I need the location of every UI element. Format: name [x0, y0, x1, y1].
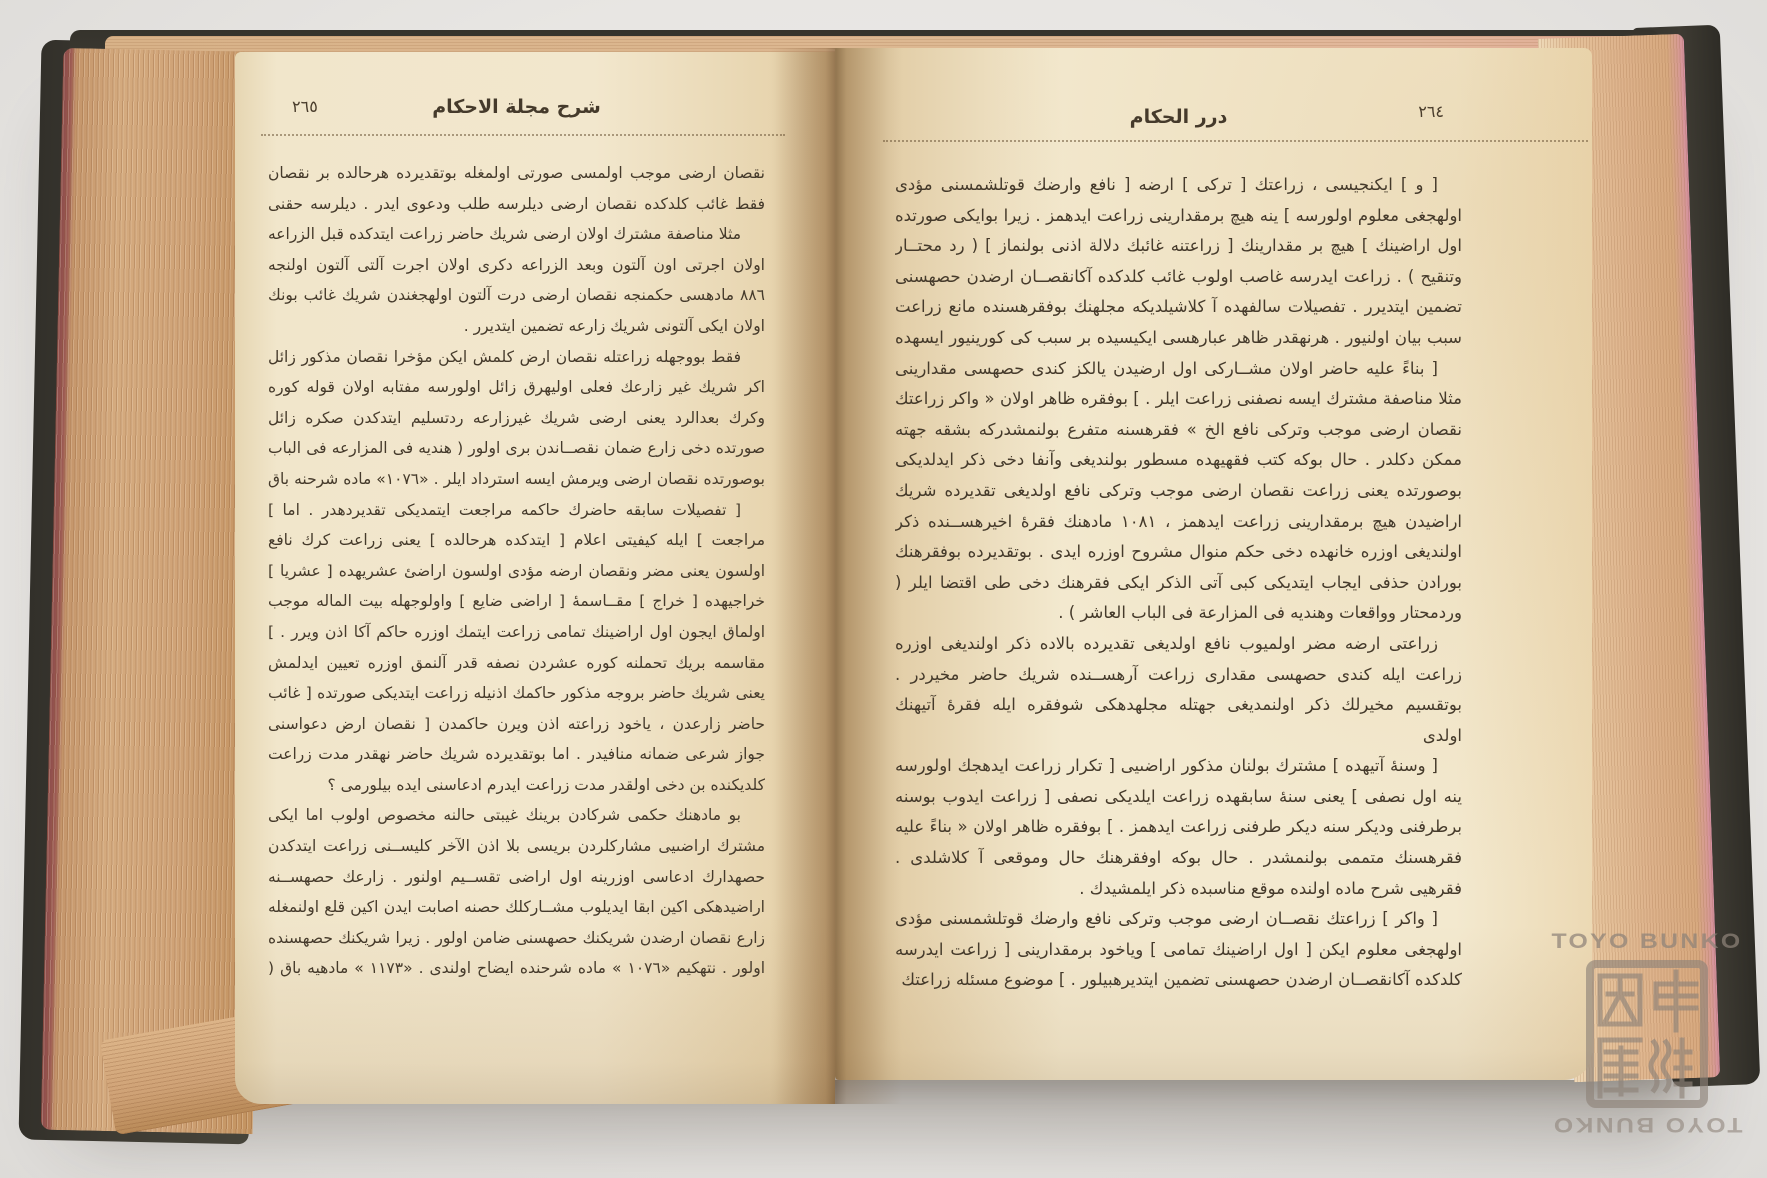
text-line: اول اراضينك ] هيچ بر مقدارينك [ زراعتنه … — [895, 231, 1462, 262]
text-line: ممكن دكلدر . حال بوكه كتب فقهيهده مسطور … — [895, 445, 1462, 476]
text-line: تضمين ايتديرر . تفصيلات سالفهده آ كلاشيل… — [895, 292, 1462, 323]
text-line: بوصورتده يعنى زراعت نقصان ارضى موجب وترك… — [895, 476, 1462, 507]
left-running-head: شرح مجلة الاحكام — [268, 96, 765, 118]
text-line: اولدى — [895, 721, 1462, 752]
watermark-bottom-text: TOYO BUNKO — [1523, 1112, 1767, 1136]
text-line: اراضيدهكى اكين ابقا ايديلوب مشــاركلك حص… — [268, 892, 765, 923]
text-line: مشترك اراضىيى مشاركلردن بريسى بلا اذن ال… — [268, 831, 765, 862]
text-line: زراعتى ارضه مضر اولميوب نافع اولديغى تقد… — [895, 629, 1462, 660]
text-line: زراعت ايله كندى حصهسى مقدارى زراعت آرهسـ… — [895, 660, 1462, 691]
text-line: ٨٨٦ مادهسى حكمنجه نقصان ارضى درت آلتون ا… — [268, 280, 765, 311]
text-line: مثلا مناصفة مشترك اولان ارضى شريك حاضر ز… — [268, 219, 765, 250]
text-line: [ وسنهٔ آتيهده ] مشترك بولنان مذكور اراض… — [895, 751, 1462, 782]
text-line: فقرهيى شرح ماده اولنده موقع مناسبده ذكر … — [895, 874, 1462, 905]
right-running-head: درر الحكام — [895, 106, 1462, 128]
text-line: بوتقسيم مخيرلك ذكر اولنمديغى جهتله مجلهد… — [895, 690, 1462, 721]
text-line: وتنقيح ) . زراعت ايدرسه غاصب اولوب غائب … — [895, 262, 1462, 293]
text-line: برطرفنى وديكر سنه ديكر طرفنى زراعت ايدهم… — [895, 812, 1462, 843]
text-line: مراجعت ] ايله كيفيتى اعلام [ ايتدكده هرح… — [268, 525, 765, 556]
left-page-header: ٢٦٥ شرح مجلة الاحكام — [268, 96, 765, 124]
text-line: اولان اجرتى اون آلتون وبعد الزراعه دكرى … — [268, 250, 765, 281]
text-line: وكرك بعدالرد يعنى ارضى شريك غيرزارعه ردت… — [268, 403, 765, 434]
text-line: فقرهسنك متممى بولنمشدر . حال بوكه اوفقره… — [895, 843, 1462, 874]
text-line: وردمحتار وواقعات وهنديه فى المزارعة فى ا… — [895, 598, 1462, 629]
text-line: حاضر زارعدن ، ياخود زراعته اذن ويرن حاكم… — [268, 709, 765, 740]
text-line: اولنديغى اوزره خانهده دخى حكم منوال مشرو… — [895, 537, 1462, 568]
text-line: اولهجغى معلوم اولورسه ] ينه هيچ برمقداري… — [895, 201, 1462, 232]
right-page-header: درر الحكام ٢٦٤ — [895, 106, 1462, 134]
text-line: مثلا مناصفة مشترك ايسه نصفنى زراعت ايلر … — [895, 384, 1462, 415]
left-header-rule — [261, 134, 785, 136]
text-line: نقصان ارضى موجب اولمسى صورتى اولمغله بوت… — [268, 158, 765, 189]
text-line: بورادن حذفى ايجاب ايتديكى كبى آتى الذكر … — [895, 568, 1462, 599]
text-line: اولور . نتهكيم «١٠٧٦ » ماده شرحنده ايضاح… — [268, 953, 765, 984]
left-page-text: نقصان ارضى موجب اولمسى صورتى اولمغله بوت… — [268, 158, 765, 984]
text-line: [ بناءً عليه حاضر اولان مشــاركى اول ارض… — [895, 354, 1462, 385]
text-line: بوصورتده نقصان ارضى ويرمش ايسه استرداد ا… — [268, 464, 765, 495]
text-line: كلديكنده بن دخى اولقدر مدت زراعت ايدرم ا… — [268, 770, 765, 801]
text-line: اكر شريك غير زارعك فعلى اوليهرق زائل اول… — [268, 372, 765, 403]
text-line: [ واكر ] زراعتك نقصــان ارضى موجب وتركى … — [895, 904, 1462, 935]
text-line: [ تفصيلات سابقه حاضرك حاكمه مراجعت ايتمد… — [268, 495, 765, 526]
text-line: فقط غائب كلدكده نقصان ارضى ديلرسه طلب ود… — [268, 189, 765, 220]
text-line: كلدكده آكانقصــان ارضدن حصهسنى تضمين ايت… — [895, 965, 1462, 996]
text-line: اراضيدن هيچ برمقدارينى زراعت ايدهمز ، ١٠… — [895, 507, 1462, 538]
text-line: زارع نقصان ارضدن شريكنك حصهسنى ضامن اولو… — [268, 923, 765, 954]
text-line: فقط بووجهله زراعتله نقصان ارض كلمش ايكن … — [268, 342, 765, 373]
text-line: جواز شرعى ضمانه منافيدر . اما بوتقديرده … — [268, 739, 765, 770]
text-line: صورتده دخى زارع ضمان نقصــاندن برى اولور… — [268, 433, 765, 464]
right-header-rule — [883, 140, 1588, 142]
text-line: اولهجغى معلوم ايكن [ اول اراضينك تمامى ]… — [895, 935, 1462, 966]
left-page-number: ٢٦٥ — [292, 97, 318, 116]
text-line: [ و ] ايكنجيسى ، زراعتك [ تركى ] ارضه [ … — [895, 170, 1462, 201]
text-line: يعنى شريك حاضر بروجه مذكور حاكمك اذنيله … — [268, 678, 765, 709]
photo-of-open-book: ٢٦٥ شرح مجلة الاحكام درر الحكام ٢٦٤ نقصا… — [0, 0, 1767, 1178]
text-line: اولان ايكى آلتونى شريك زارعه تضمين ايتدي… — [268, 311, 765, 342]
text-line: حصهدارك ادعاسى اوزرينه اول اراضى تقســيم… — [268, 862, 765, 893]
text-line: بو مادهنك حكمى شركادن برينك غيبتى حالنه … — [268, 800, 765, 831]
right-page-number: ٢٦٤ — [1418, 102, 1444, 121]
text-line: اولماق ايجون اول اراضينك تمامى زراعت ايت… — [268, 617, 765, 648]
text-line: نقصان ارضى موجب وتركى نافع الخ » فقرهسنه… — [895, 415, 1462, 446]
right-page-text: [ و ] ايكنجيسى ، زراعتك [ تركى ] ارضه [ … — [895, 170, 1462, 996]
text-line: خراجيهده [ خراج ] مقــاسمهٔ [ اراضى ضايع… — [268, 586, 765, 617]
text-line: سبب بيان اولنيور . هرنهقدر ظاهر عبارهسى … — [895, 323, 1462, 354]
text-line: اولسون يعنى مضر ونقصان ارضه مؤدى اولسون … — [268, 556, 765, 587]
text-line: مقاسمه بريك تحملنه كوره عشردن نصفه قدر آ… — [268, 648, 765, 679]
text-line: ينه اول نصفى ] يعنى سنهٔ سابقهده زراعت ا… — [895, 782, 1462, 813]
